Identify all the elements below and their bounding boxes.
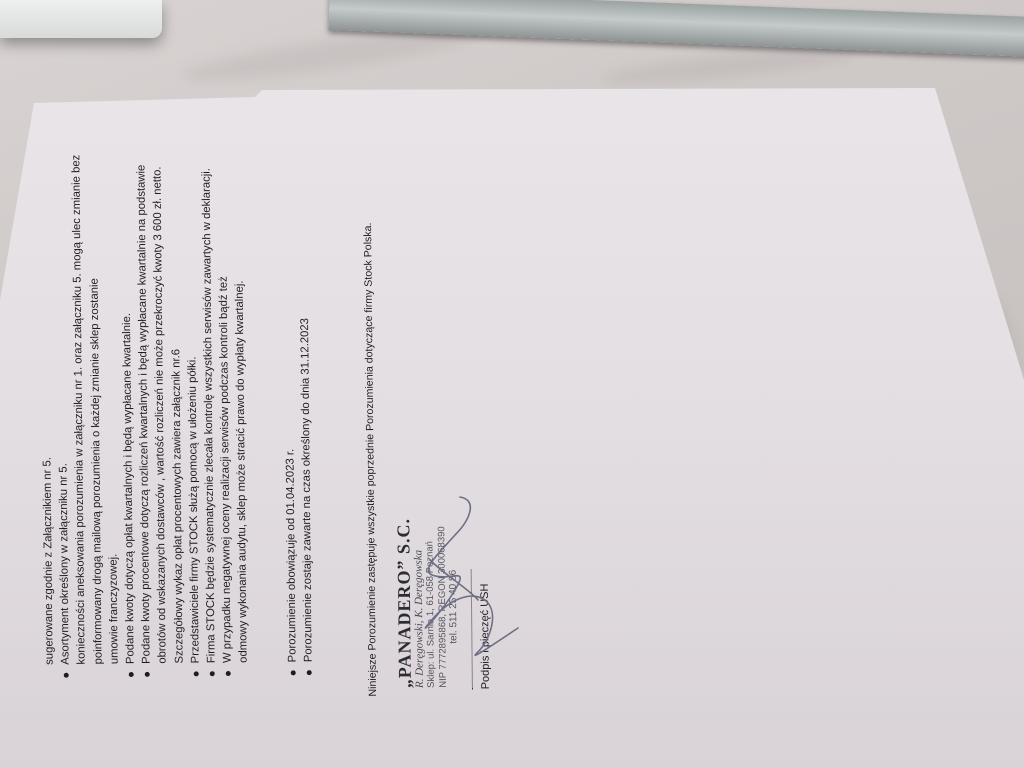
document-paper: sugerowane zgodnie z Załącznikiem nr 5.A…: [0, 0, 1024, 768]
background-object: [0, 0, 162, 38]
handwritten-signature: [0, 0, 1024, 768]
